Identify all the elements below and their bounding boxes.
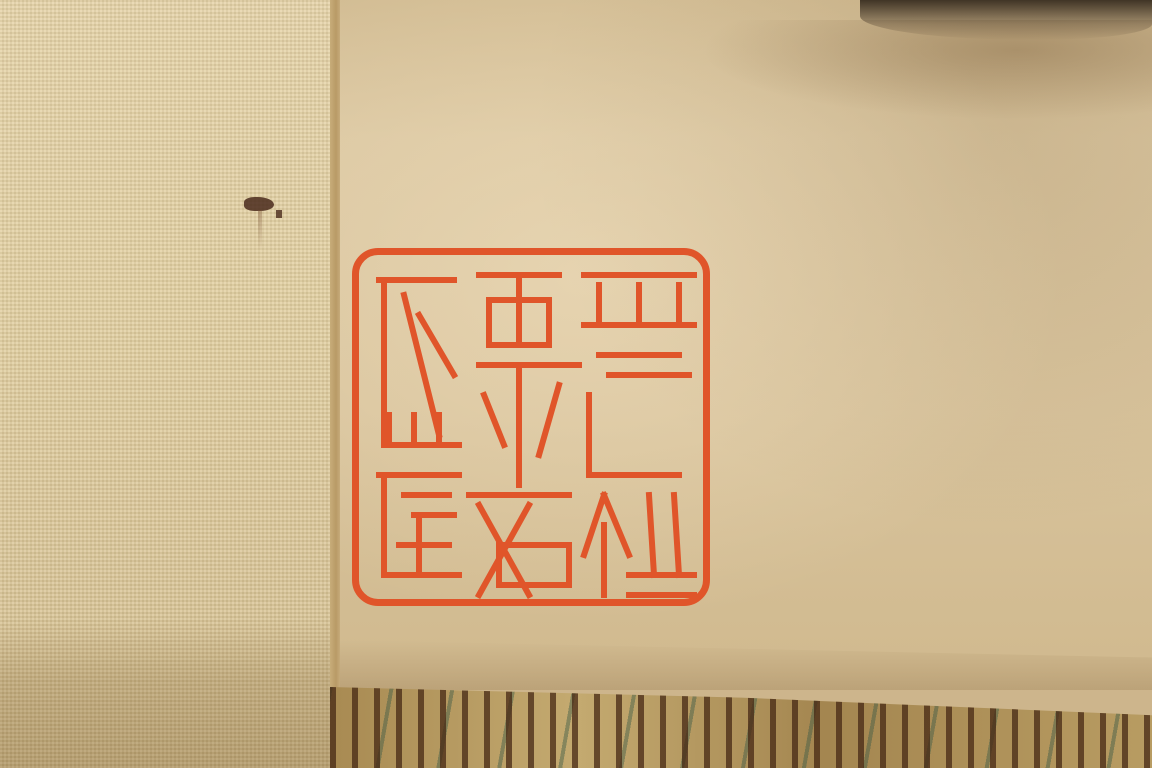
silk-shadow [0, 620, 338, 768]
seal-characters-icon [359, 255, 703, 599]
brocade-border [330, 680, 1152, 768]
stain-drip [258, 210, 262, 250]
red-seal [352, 248, 710, 606]
stain-spot-small [276, 210, 282, 218]
stain-spot [244, 197, 274, 211]
